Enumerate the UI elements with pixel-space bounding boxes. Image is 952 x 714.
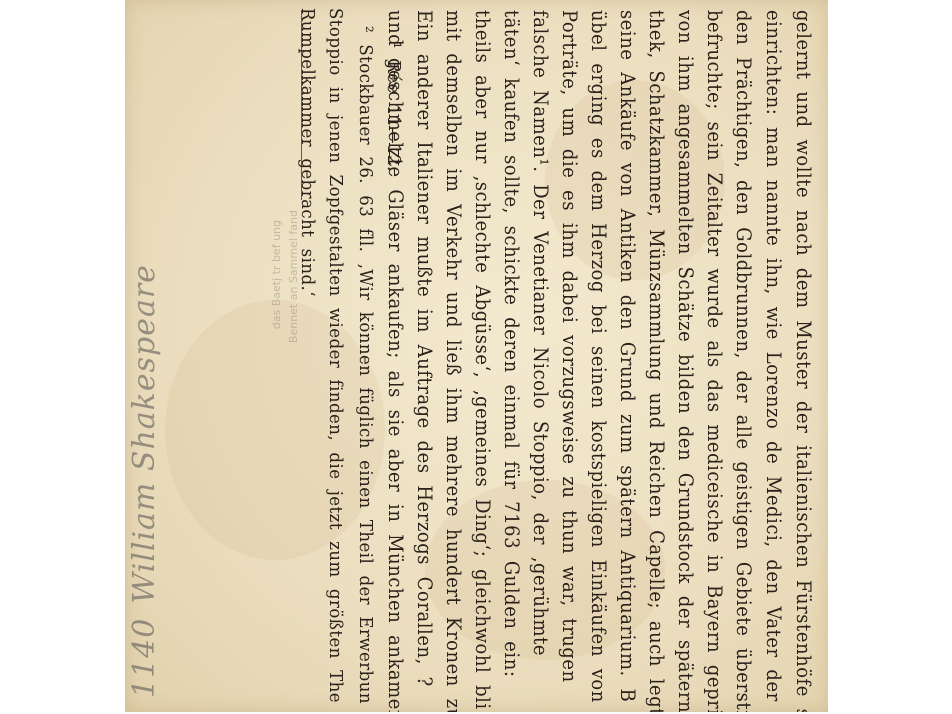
handwritten-number: 1140 (127, 618, 162, 698)
body-line: Ein anderer Italiener mußte im Auftrage … (410, 10, 439, 654)
footnote-2-cont: Stoppio in jenen Zopfgestalten wieder fi… (321, 8, 349, 643)
footnote-2-end: Rumpelkammer gebracht sind.‘ (293, 8, 321, 643)
body-line: einrichten: man nannte ihn, wie Lorenzo … (759, 10, 788, 654)
body-line: thek, Schatzkammer, Münzsammlung und Rei… (642, 10, 671, 654)
body-line: mit demselben im Verkehr und ließ ihm me… (439, 10, 468, 654)
body-line: theils aber nur ‚schlechte Abgüsse‘, ‚ge… (468, 10, 497, 654)
body-line: gelernt und wollte nach dem Muster der i… (789, 10, 818, 654)
rotated-text-block: gelernt und wollte nach dem Muster der i… (125, 0, 828, 712)
body-line: von ihm angesammelten Schätze bilden den… (671, 10, 700, 654)
footnote-2: ² Stockbauer 26. 63 fll. ‚Wir können füg… (351, 26, 379, 661)
body-line: falsche Namen¹. Der Venetianer Nicolo St… (526, 10, 555, 654)
body-line: seine Ankäufe von Antiken den Grund zum … (613, 10, 642, 654)
footnote-1: ¹ Rée 11—12. (379, 42, 407, 677)
body-line: übel erging es dem Herzog bei seinen kos… (584, 10, 613, 654)
body-line: befruchte; sein Zeitalter wurde als das … (700, 10, 729, 654)
body-line: Porträte, um die es ihm dabei vorzugswei… (555, 10, 584, 654)
handwritten-annotation: 1140William Shakespeare (125, 158, 165, 712)
document-page: gelernt und wollte nach dem Muster der i… (125, 0, 828, 712)
body-line: täten‘ kaufen sollte, schickte deren ein… (497, 10, 526, 654)
body-line: den Prächtigen, den Goldbrunnen, der all… (729, 10, 758, 654)
bleed-through-text: das Baetj tr bef ung (270, 220, 283, 329)
handwritten-name: William Shakespeare (127, 264, 162, 604)
